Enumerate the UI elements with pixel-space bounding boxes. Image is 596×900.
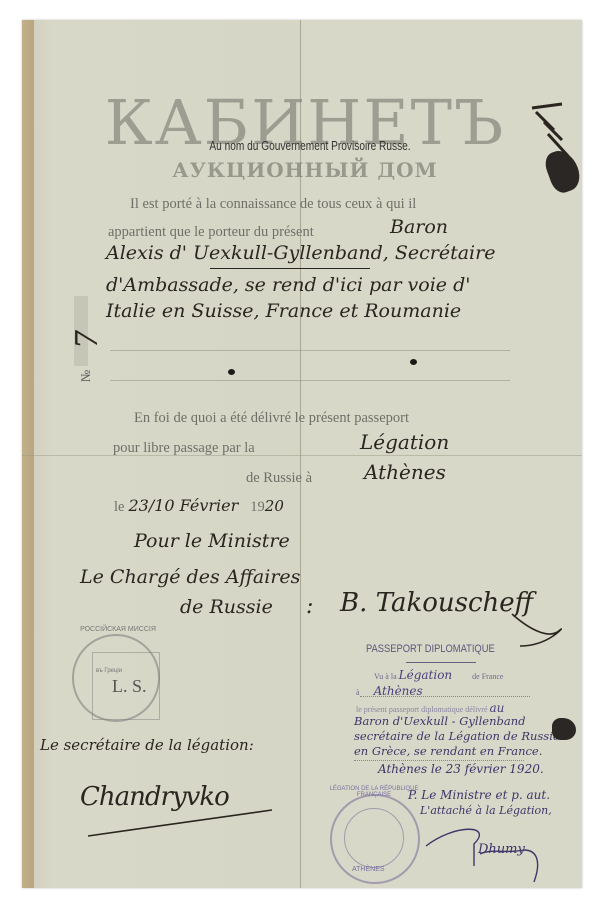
body-line-1: Il est porté à la connaissance de tous c… [130,196,416,213]
french-stamp-inner [344,808,404,868]
visa-line-present: le présent passeport diplomatique délivr… [356,701,504,715]
secretary-underline [86,808,276,843]
underline-name [210,268,370,269]
russian-stamp-center-small: въ Греціи [96,668,122,674]
signature-flourish [510,610,570,655]
russian-stamp-center: L. S. [112,676,147,697]
visa-heading: PASSEPORT DIPLOMATIQUE [366,643,495,655]
body-line-2-handwritten: Baron [390,216,448,238]
visa-sign-line-2: L'attaché à la Légation, [420,804,552,817]
visa-sign-line-1: P. Le Ministre et p. aut. [408,788,550,802]
visa-vu-prefix: Vu à la [374,672,397,681]
blank-rule-2 [110,380,510,381]
date-handwritten: 23/10 Février [128,496,238,515]
date-prefix: le [114,499,124,515]
number-label: № [78,370,94,382]
ink-blot-right [552,718,576,740]
signature-line-1: Pour le Ministre [134,530,290,552]
visa-hand-line-2: secrétaire de la Légation de Russie [354,729,560,743]
visa-date: Athènes le 23 février 1920. [378,762,544,776]
ink-dot-right [410,359,417,365]
issuance-line-2-handwritten: Légation [360,430,449,454]
signature-line-3: de Russie [180,596,273,618]
visa-signature: Dhumy [478,842,525,857]
visa-vu-handwritten: Légation [399,668,453,682]
issuance-date: le 23/10 Février 1920 [114,496,284,516]
visa-hand-line-1: Baron d'Uexkull - Gyllenband [354,714,525,728]
body-line-4-handwritten: d'Ambassade, se rend d'ici par voie d' [106,274,470,296]
signature-line-2: Le Chargé des Affaires [80,566,300,588]
year-printed: 19 [250,499,265,515]
issuance-line-3-printed: de Russie à [246,470,312,487]
french-stamp-bottom-text: ATHÈNES [352,866,385,873]
body-line-2-printed: appartient que le porteur du présent [108,224,314,241]
visa-place-rule [360,696,530,698]
visa-vu-suffix: de France [472,672,503,681]
document-binding-edge [22,20,34,888]
watermark-subtitle: АУКЦИОННЫЙ ДОМ [95,158,515,182]
secretary-title: Le secrétaire de la légation: [40,736,254,754]
visa-heading-rule [406,662,476,663]
french-stamp-ring-text: LÉGATION DE LA RÉPUBLIQUE FRANÇAISE [326,786,422,798]
blank-rule-1 [110,350,510,351]
printed-heading: Au nom du Gouvernement Provisoire Russe. [185,138,435,153]
russian-stamp-ring-text: РОССІЙСКАЯ МИССІЯ [76,626,160,633]
charge-signature: B. Takouscheff [340,588,533,618]
body-line-3-handwritten: Alexis d' Uexkull-Gyllenband, Secrétaire [106,242,495,264]
issuance-line-2-printed: pour libre passage par la [113,440,255,457]
body-line-5-handwritten: Italie en Suisse, France et Roumanie [106,300,461,322]
visa-hand-line-3: en Grèce, se rendant en France. [354,744,542,758]
ink-scribble-top-right [528,100,572,160]
issuance-line-3-handwritten: Athènes [364,460,446,484]
ink-dot-left [228,369,235,375]
number-value: 7 [70,330,105,349]
issuance-line-1: En foi de quoi a été délivré le présent … [134,410,409,427]
horizontal-fold-line [22,455,582,456]
year-handwritten: 20 [265,497,284,515]
visa-line-vu: Vu à la Légation de France [374,668,503,682]
signature-colon: : [306,594,313,619]
